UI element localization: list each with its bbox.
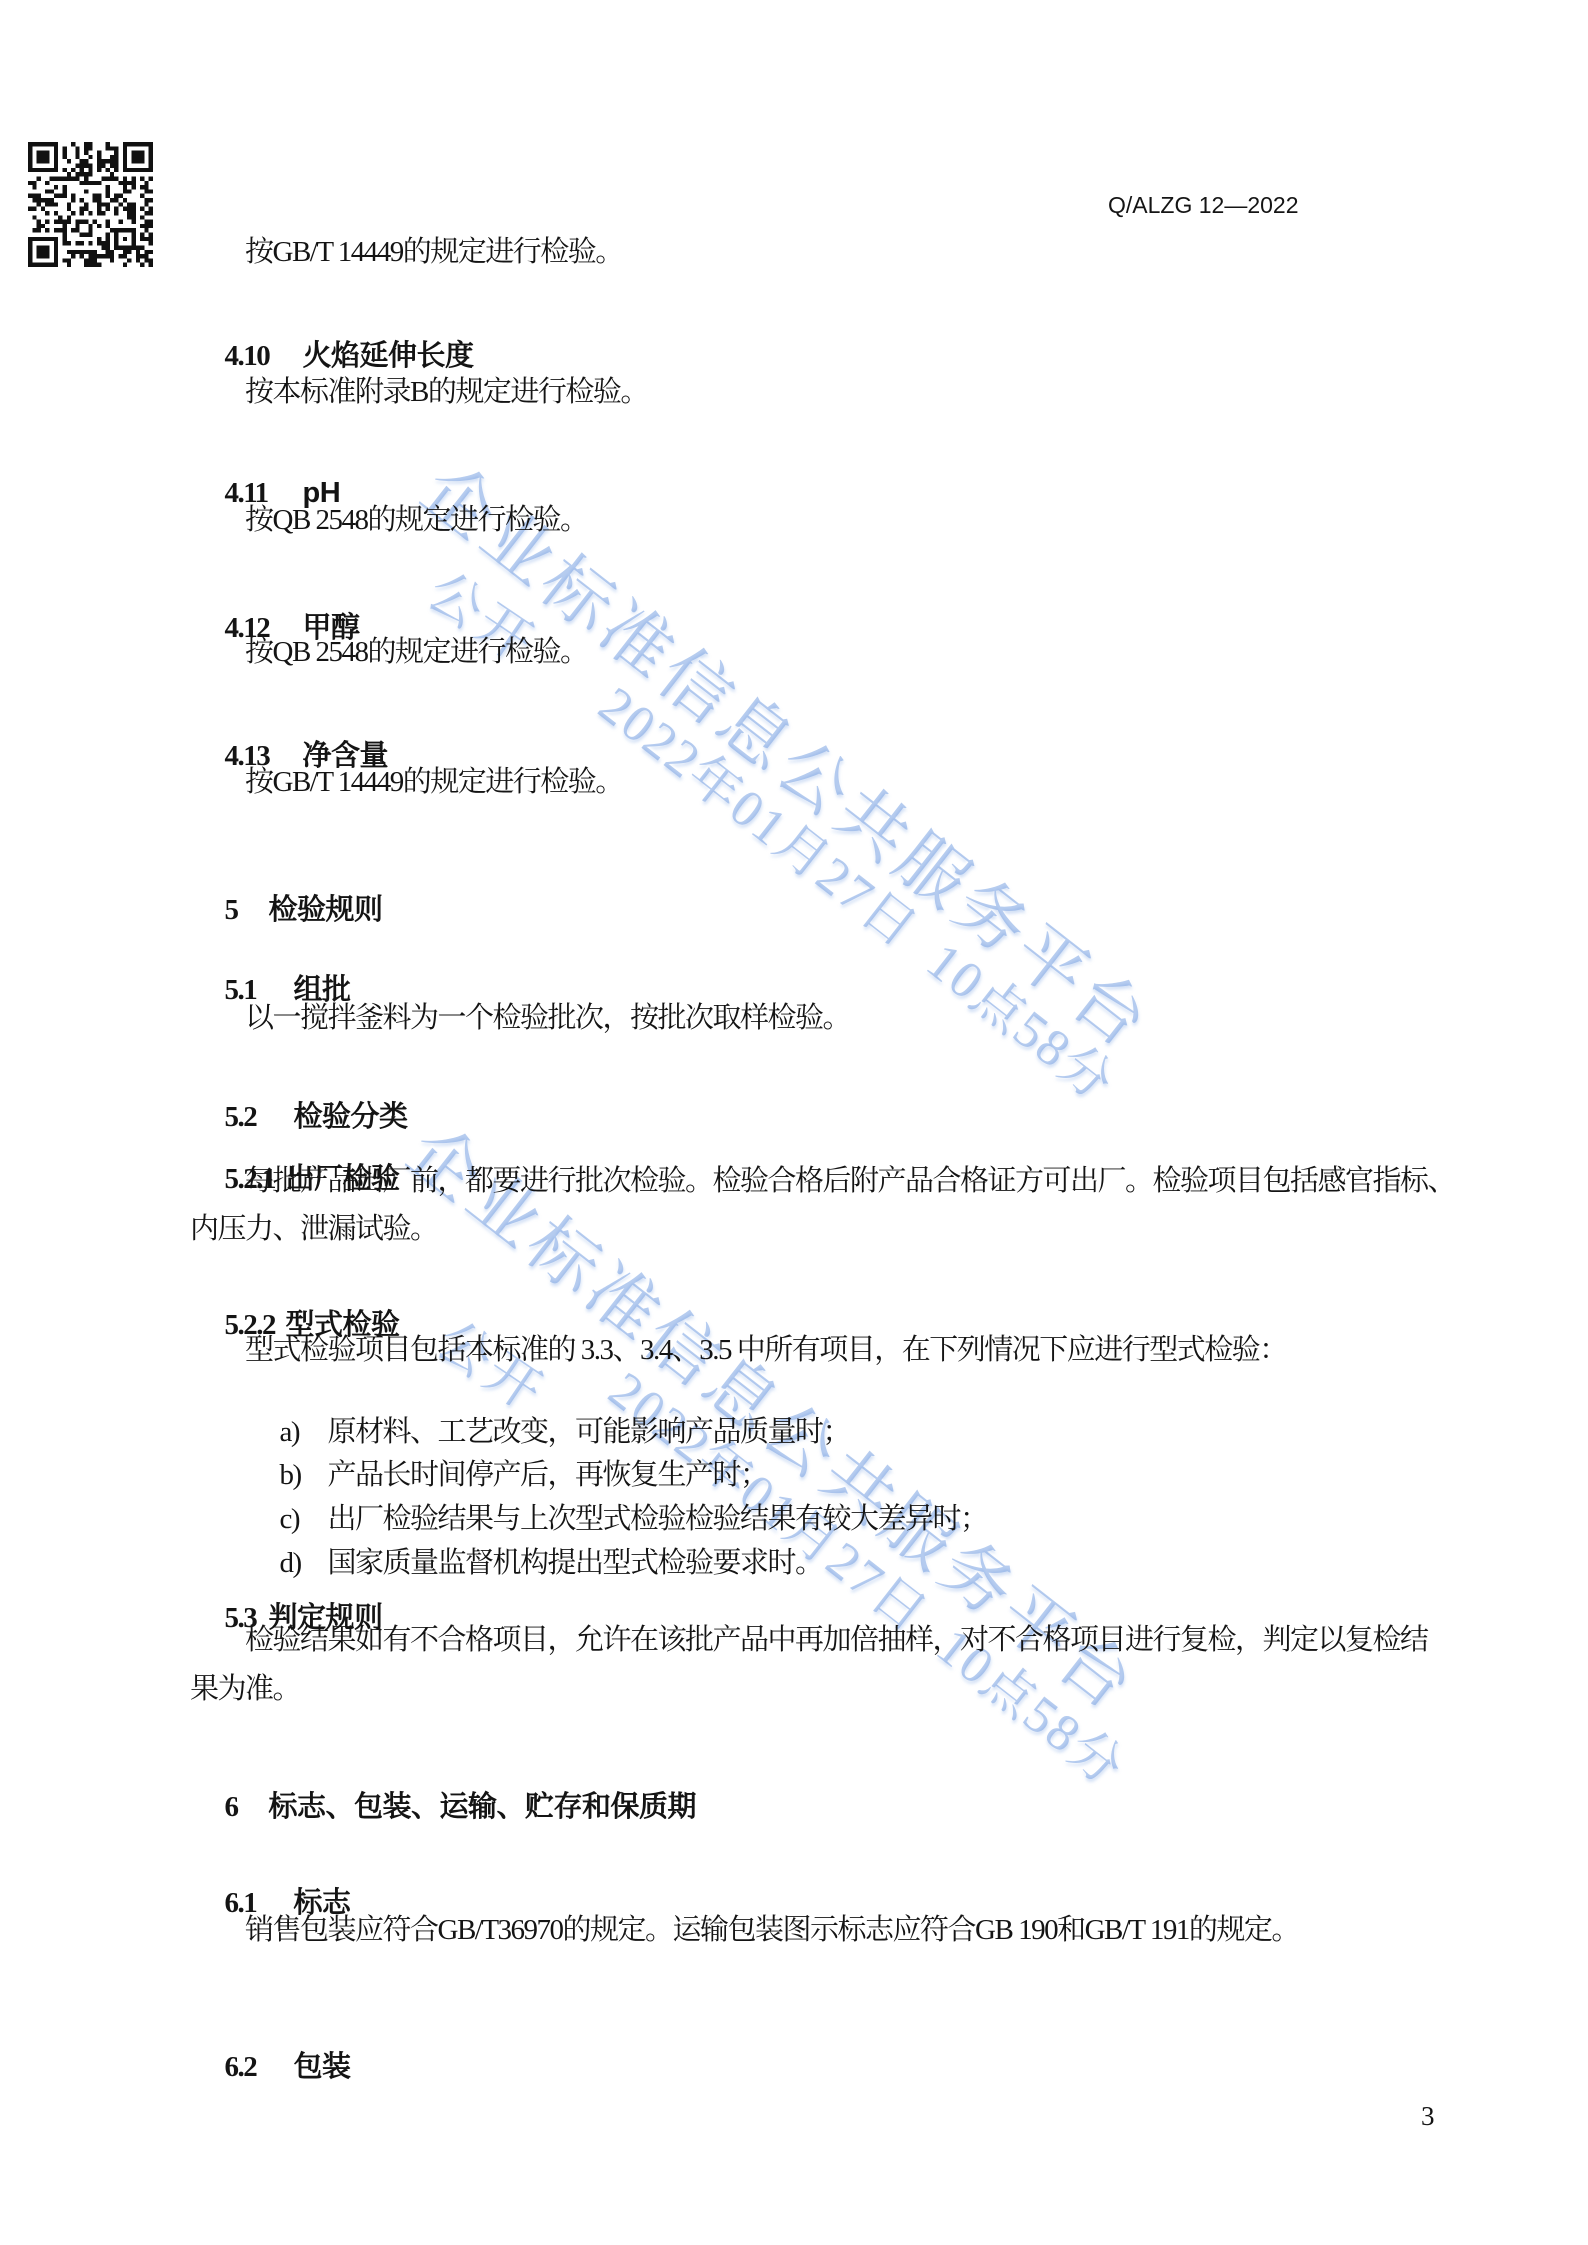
heading-title: 火焰延伸长度	[303, 340, 474, 372]
body-line: 每批产品出厂前，都要进行批次检验。检验合格后附产品合格证方可出厂。检验项目包括感…	[245, 1162, 1455, 1200]
qr-code	[28, 142, 153, 267]
body-line: 销售包装应符合GB/T36970的规定。运输包装图示标志应符合GB 190和GB…	[245, 1911, 1299, 1949]
page-header-standard-number: Q/ALZG 12—2022	[1108, 192, 1299, 218]
body-line: 按GB/T 14449的规定进行检验。	[245, 233, 623, 271]
heading-number: 6	[225, 1788, 269, 1826]
heading-title: 标志、包装、运输、贮存和保质期	[269, 1791, 697, 1823]
body-line: 内压力、泄漏试验。	[190, 1210, 438, 1248]
section-heading-6-2: 6.2包装	[190, 2010, 351, 2124]
heading-number: 5	[225, 891, 269, 929]
heading-title: 检验规则	[269, 894, 383, 926]
page-number: 3	[1421, 2100, 1435, 2132]
list-text: 国家质量监督机构提出型式检验要求时。	[328, 1547, 823, 1579]
document-page: 企业标准信息公共服务平台 2022年01月27日 10点58分 公开 企业标准信…	[0, 0, 1588, 2245]
body-line: 检验结果如有不合格项目，允许在该批产品中再加倍抽样，对不合格项目进行复检，判定以…	[245, 1621, 1428, 1659]
body-line: 按QB 2548的规定进行检验。	[245, 501, 588, 539]
body-line: 按GB/T 14449的规定进行检验。	[245, 763, 623, 801]
heading-number: 4.10	[225, 337, 303, 375]
body-line: 以一搅拌釜料为一个检验批次，按批次取样检验。	[245, 999, 850, 1037]
body-line: 按本标准附录B的规定进行检验。	[245, 373, 648, 411]
heading-title: 包装	[294, 2051, 351, 2083]
heading-number: 6.2	[225, 2048, 294, 2086]
body-line: 按QB 2548的规定进行检验。	[245, 633, 588, 671]
body-line: 型式检验项目包括本标准的 3.3、3.4、3.5 中所有项目，在下列情况下应进行…	[245, 1331, 1287, 1369]
body-line: 果为准。	[190, 1670, 300, 1708]
